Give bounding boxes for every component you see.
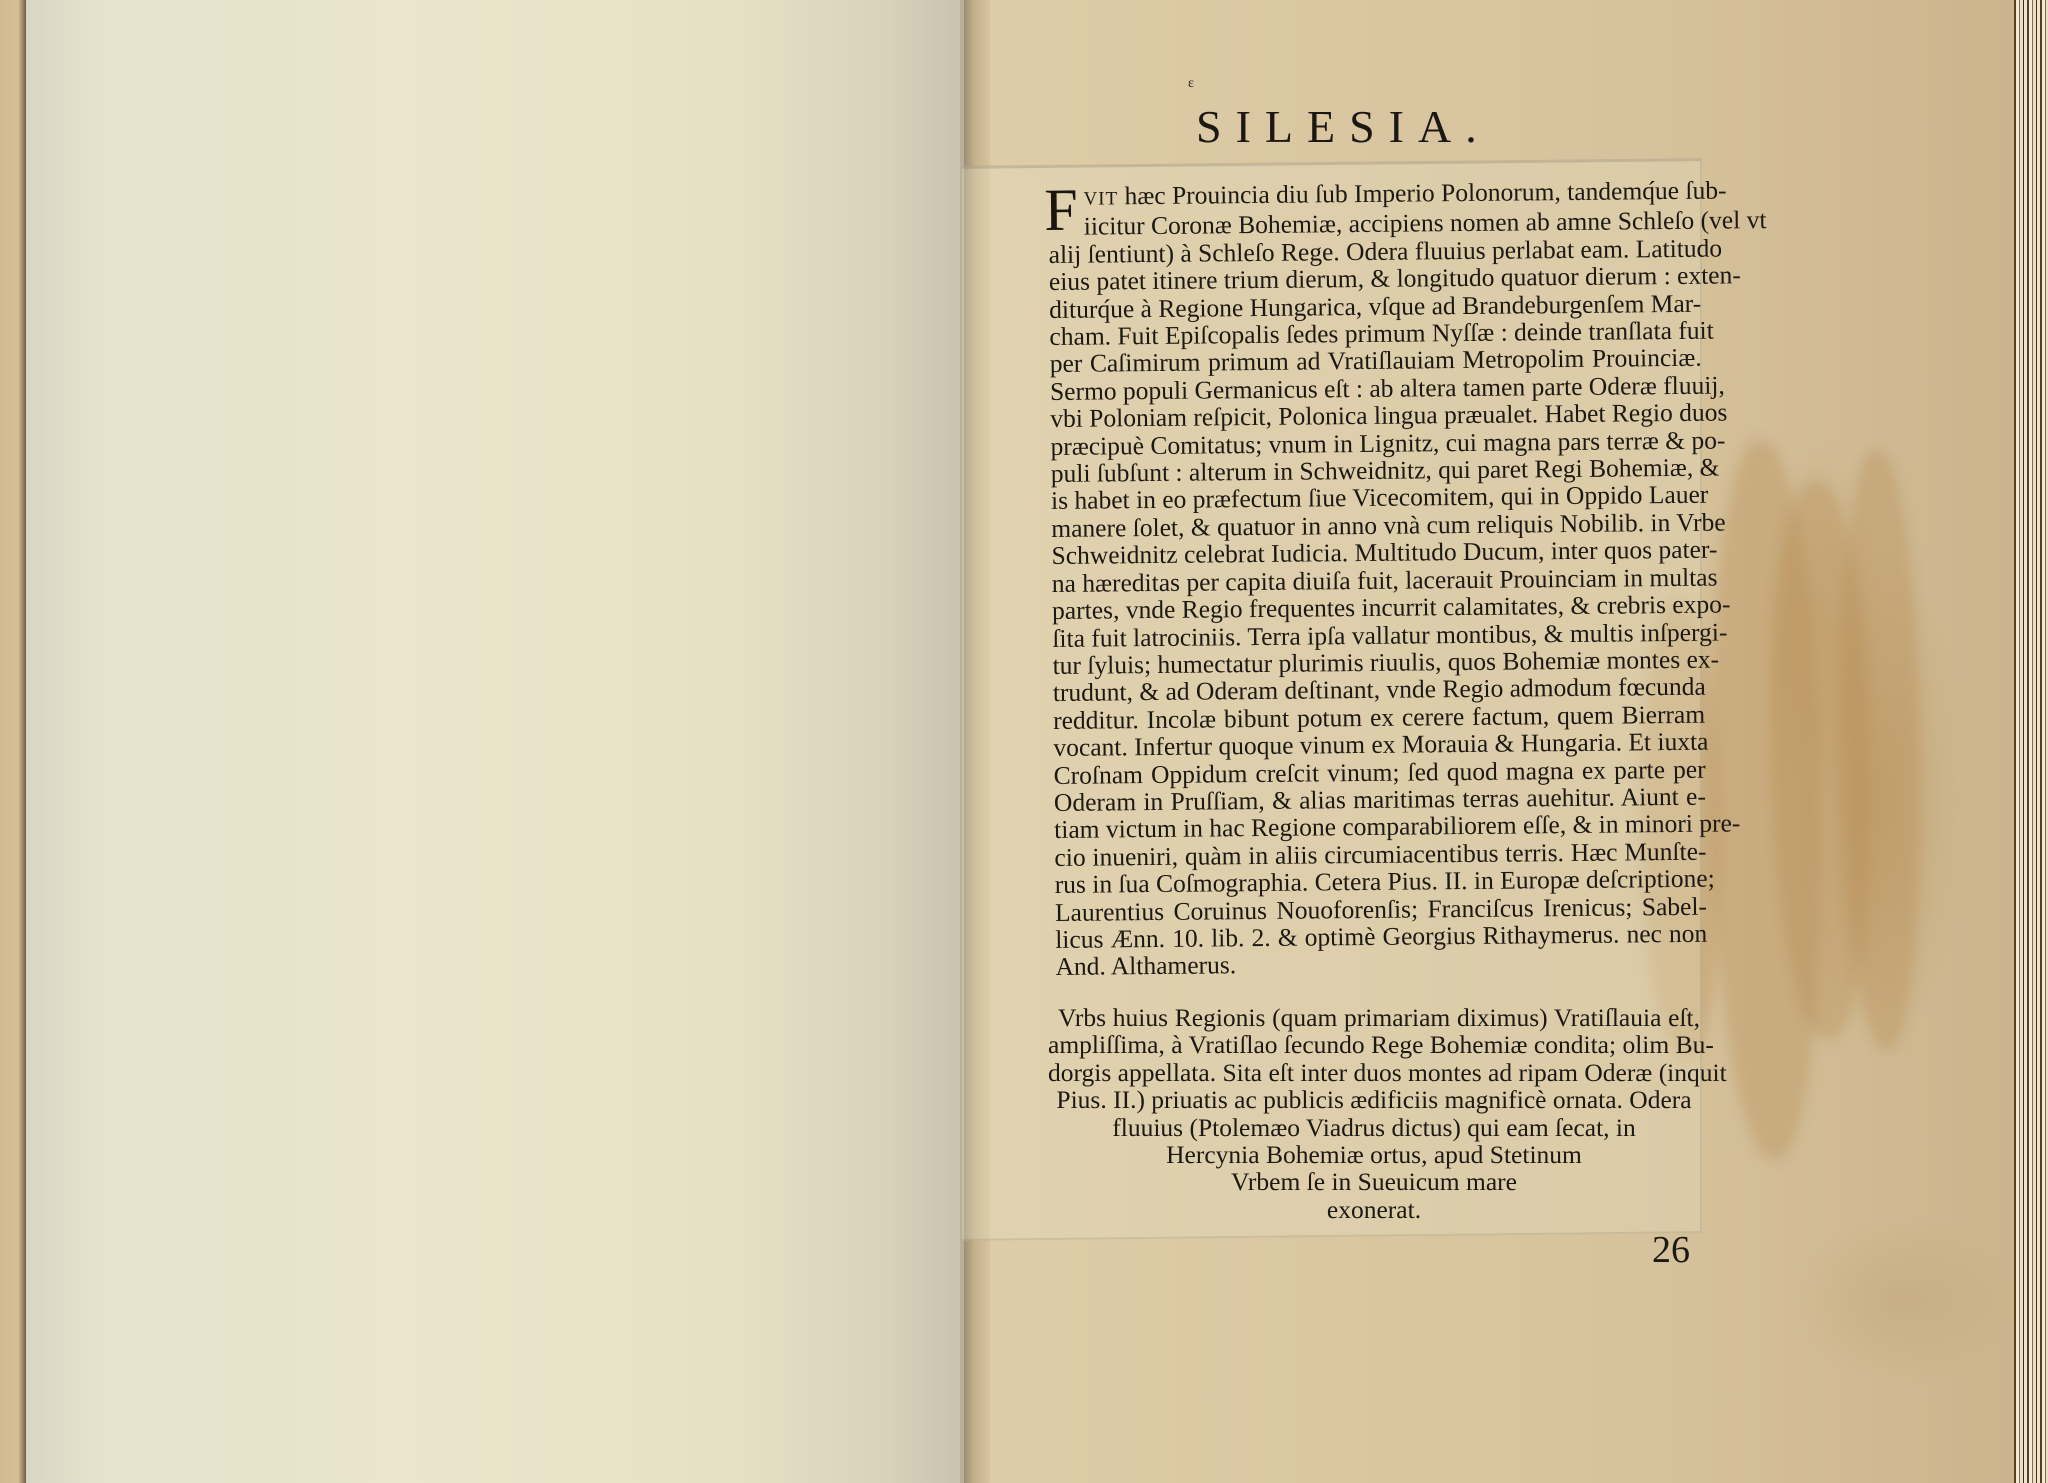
drop-cap: F <box>1044 185 1078 235</box>
text-line: exonerat. <box>1048 1196 1700 1223</box>
text-line: Hercynia Bohemiæ ortus, apud Stetinum <box>1048 1141 1700 1168</box>
left-page-blank <box>26 0 964 1483</box>
text-line: And. Althamerus. <box>1055 947 1707 981</box>
text-line: Pius. II.) priuatis ac publicis ædificii… <box>1048 1086 1700 1113</box>
text-line: ampliſſima, à Vratiſlao ſecundo Rege Boh… <box>1048 1031 1700 1058</box>
page-number: 26 <box>1652 1228 1690 1272</box>
text-line: Vrbs huius Regionis (quam primariam dixi… <box>1048 1004 1700 1031</box>
text-line: dorgis appellata. Sita eſt inter duos mo… <box>1048 1059 1700 1086</box>
paragraph-2: Vrbs huius Regionis (quam primariam dixi… <box>1048 1004 1700 1223</box>
book-cover-edge-left <box>0 0 26 1483</box>
printer-mark: ɛ <box>1188 76 1194 92</box>
paragraph-1: FVIT hæc Prouincia diu ſub Imperio Polon… <box>1048 177 1708 981</box>
text-line: licus Ænn. 10. lib. 2. & optimè Georgius… <box>1055 920 1707 954</box>
page-edges-right <box>2014 0 2048 1483</box>
main-text-block: FVIT hæc Prouincia diu ſub Imperio Polon… <box>1048 183 1700 981</box>
text-line: fluuius (Ptolemæo Viadrus dictus) qui ea… <box>1048 1114 1700 1141</box>
page-title: SILESIA. <box>1196 100 1656 153</box>
opening-small-caps: VIT <box>1083 188 1118 209</box>
text-line: Vrbem ſe in Sueuicum mare <box>1048 1168 1700 1195</box>
